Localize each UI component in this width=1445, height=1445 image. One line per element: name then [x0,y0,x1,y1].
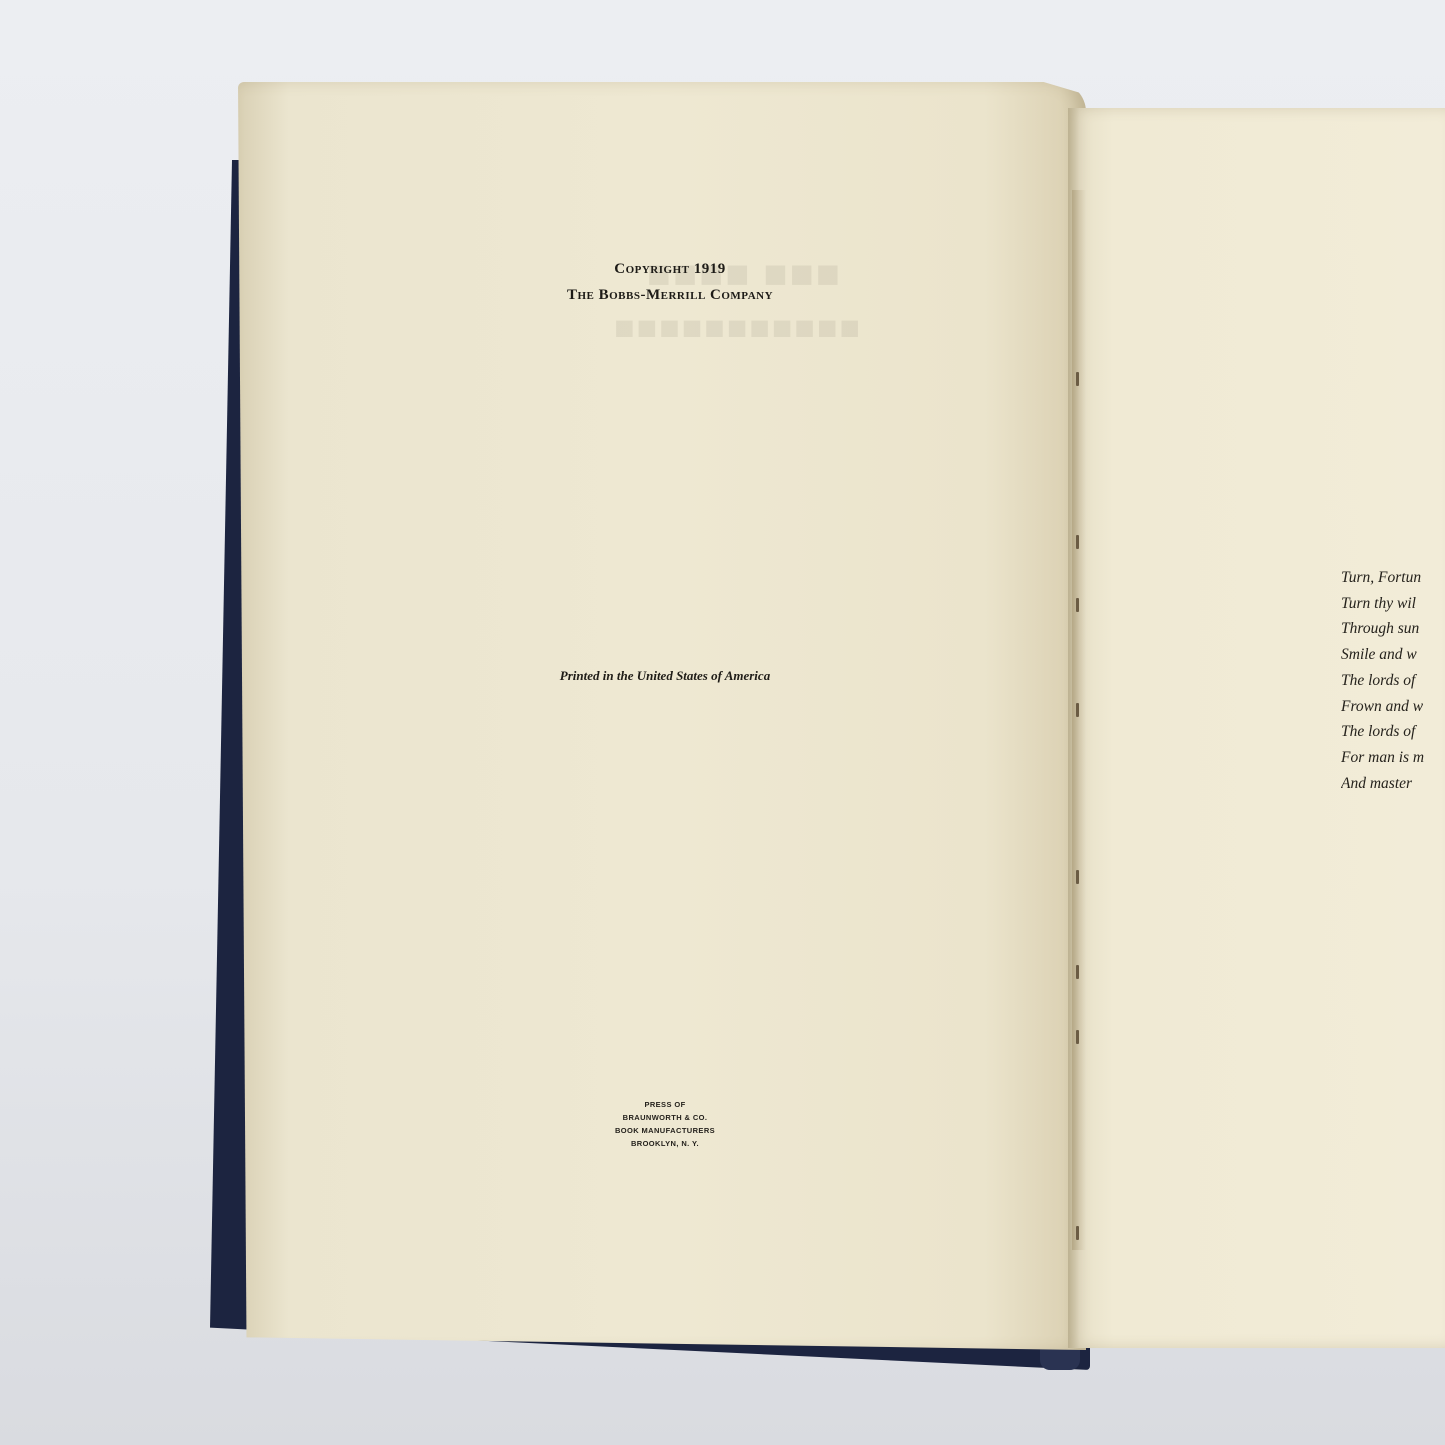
binding-stitch [1076,870,1079,884]
publisher-line: The Bobbs-Merrill Company [540,282,800,308]
show-through-text: ■■■■■■■■■■■ [400,310,860,348]
poem-line: Smile and w [1341,642,1445,668]
epigraph-poem: Turn, Fortun Turn thy wil Through sun Sm… [1341,565,1445,796]
photo-scene: ■■■ ■■■■ ■■■■■■■■■■■ Copyright 1919 The … [0,0,1445,1445]
poem-line: Through sun [1341,616,1445,642]
binding-stitch [1076,1030,1079,1044]
poem-line: The lords of [1341,668,1445,694]
press-line: BROOKLYN, N. Y. [585,1137,745,1150]
printed-in-line: Printed in the United States of America [520,668,810,684]
press-line: BRAUNWORTH & CO. [585,1111,745,1124]
copyright-notice: Copyright 1919 The Bobbs-Merrill Company [540,256,800,308]
poem-line: Turn thy wil [1341,591,1445,617]
poem-line: And master [1341,771,1445,797]
binding-stitch [1076,535,1079,549]
poem-line: Frown and w [1341,694,1445,720]
binding-stitch [1076,1226,1079,1240]
press-line: BOOK MANUFACTURERS [585,1124,745,1137]
binding-stitch [1076,965,1079,979]
copyright-year-line: Copyright 1919 [540,256,800,282]
binding-stitch [1076,703,1079,717]
press-imprint: PRESS OF BRAUNWORTH & CO. BOOK MANUFACTU… [585,1098,745,1150]
poem-line: The lords of [1341,719,1445,745]
binding-stitch [1076,372,1079,386]
poem-line: Turn, Fortun [1341,565,1445,591]
book-gutter [1072,190,1086,1250]
press-line: PRESS OF [585,1098,745,1111]
binding-stitch [1076,598,1079,612]
poem-line: For man is m [1341,745,1445,771]
